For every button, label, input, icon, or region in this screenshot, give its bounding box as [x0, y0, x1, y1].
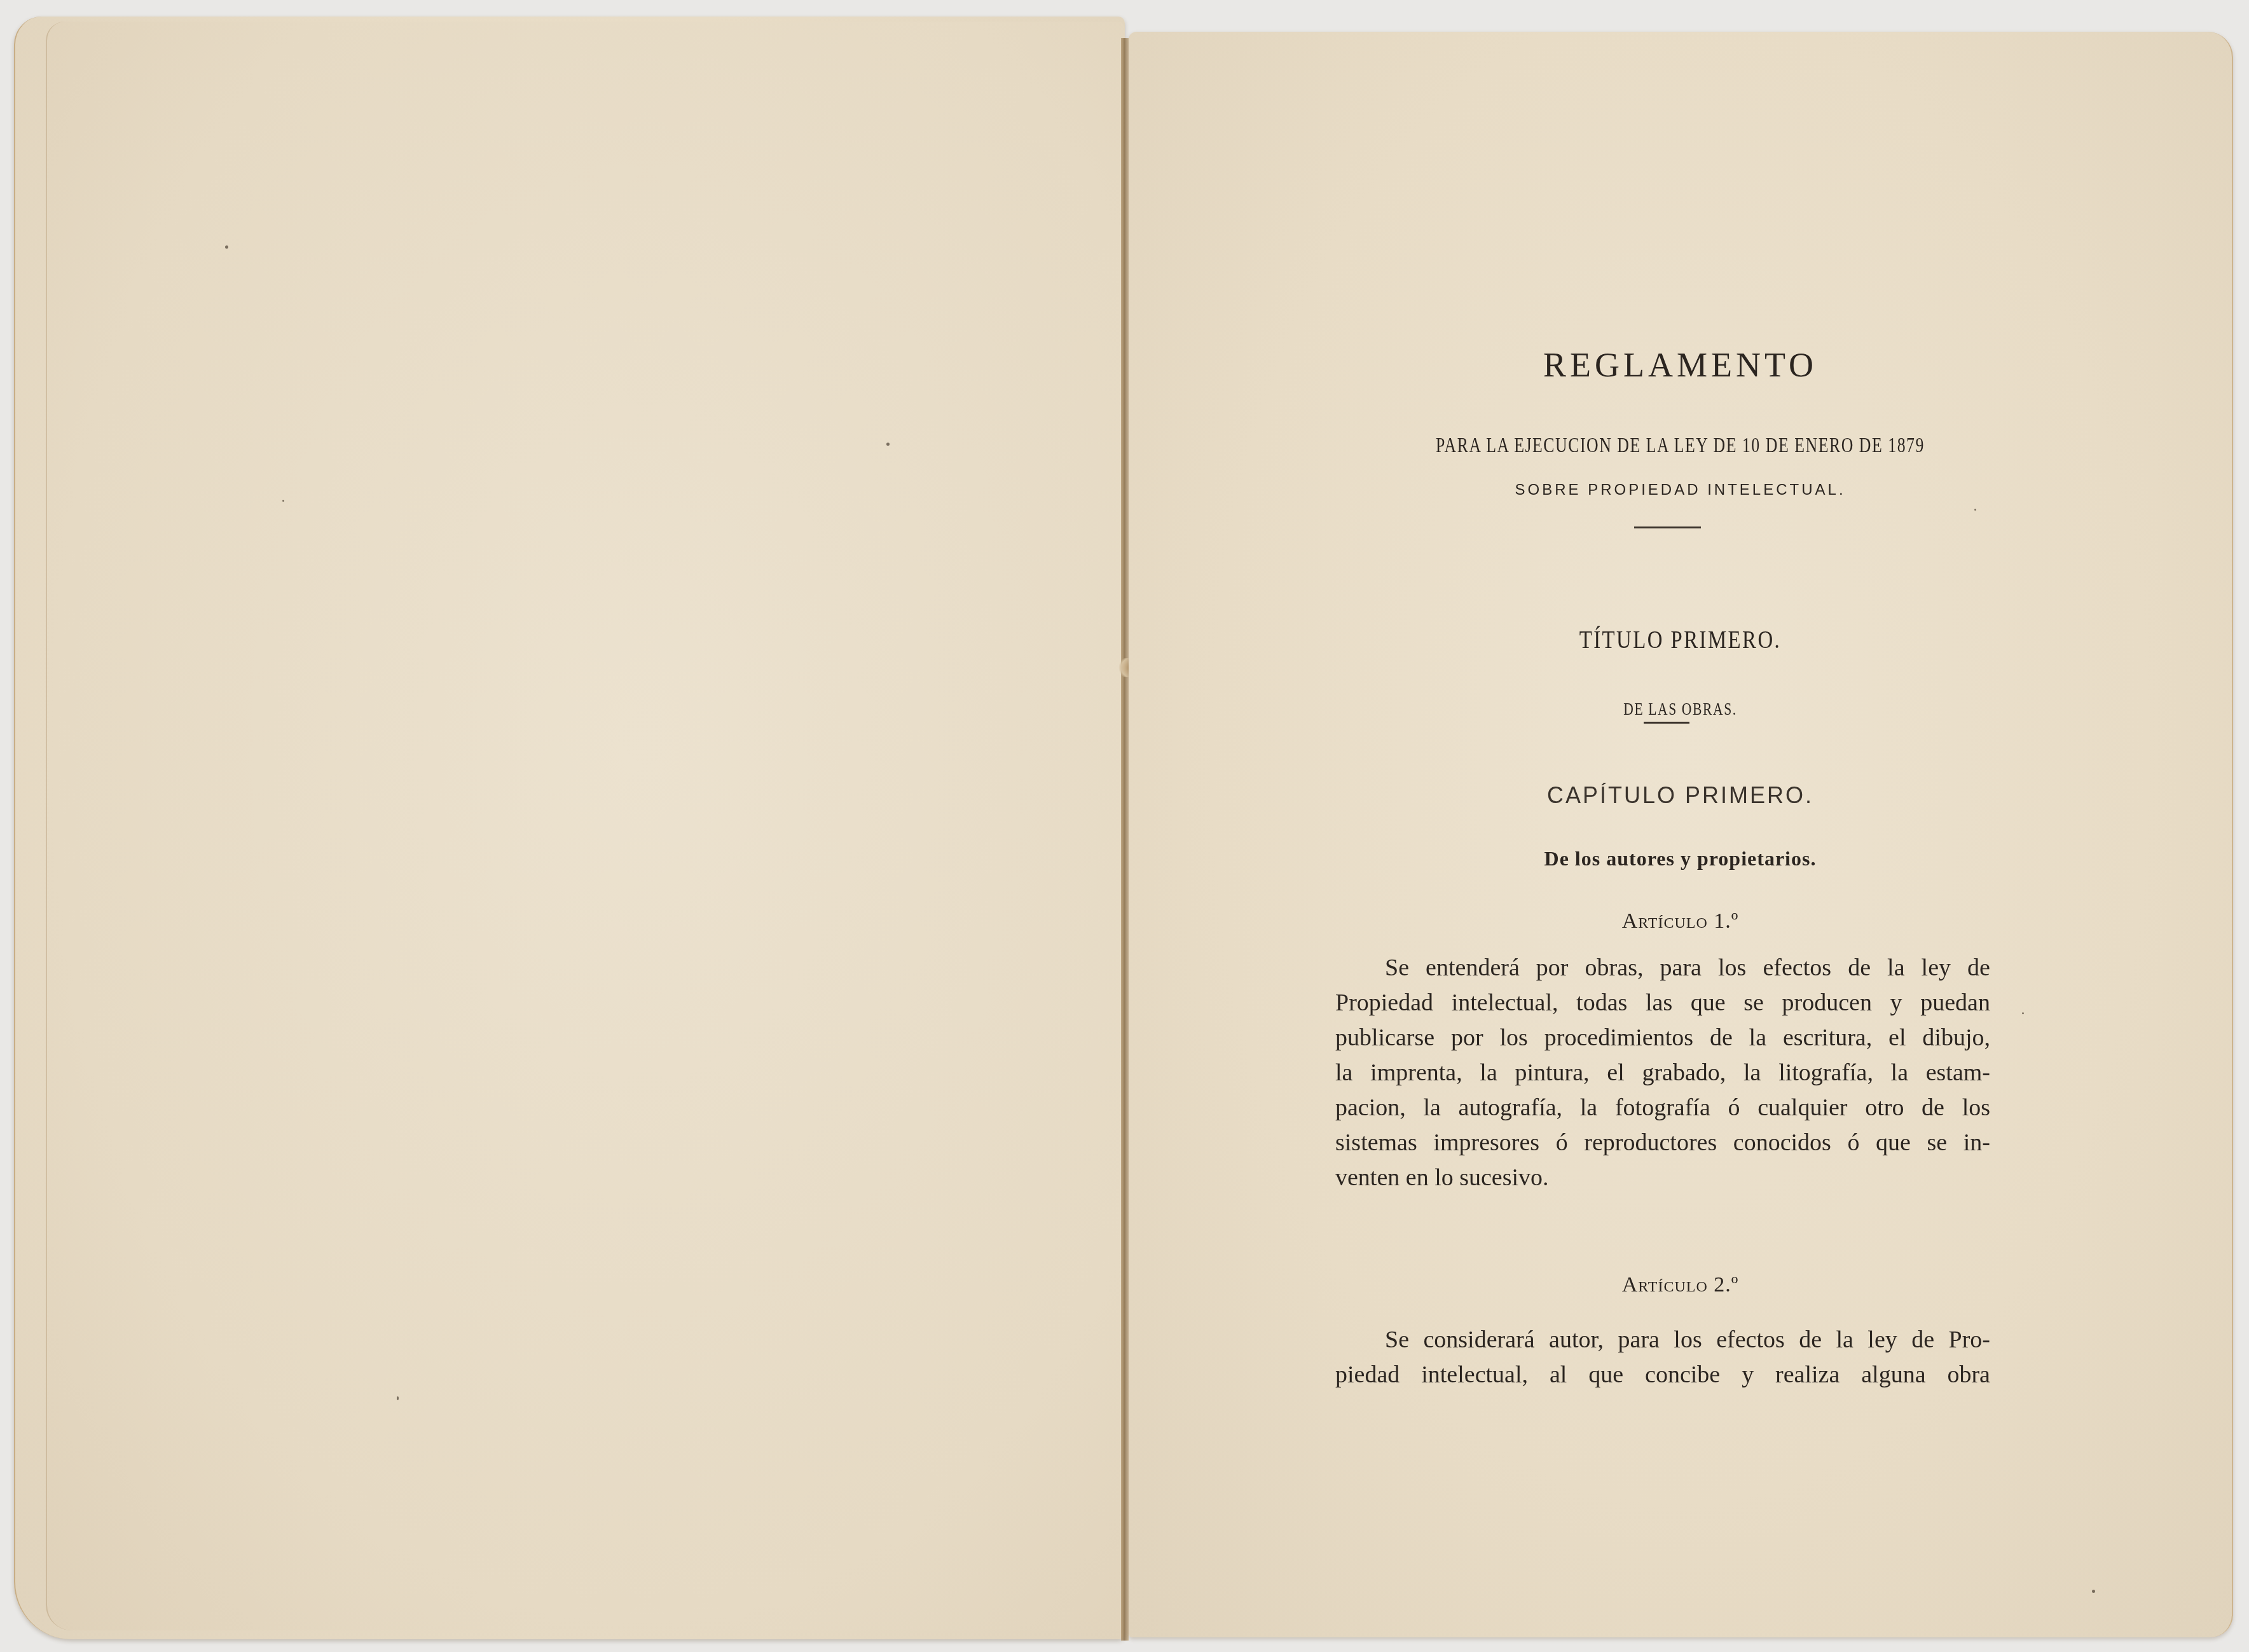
right-page-text: REGLAMENTO PARA LA EJECUCION DE LA LEY D… — [1129, 32, 2233, 1637]
titulo-subheading: DE LAS OBRAS. — [1239, 699, 2122, 719]
article-2-heading: Artículo 2.º — [1129, 1273, 2232, 1297]
book-spine — [1121, 38, 1129, 1641]
paragraph-line: venten en lo sucesivo. — [1335, 1160, 1990, 1195]
paper-speck — [2022, 1012, 2024, 1014]
paragraph-line: pacion, la autografía, la fotografía ó c… — [1335, 1091, 1990, 1125]
paragraph-line: sistemas impresores ó reproductores cono… — [1335, 1125, 1990, 1160]
article-1-heading: Artículo 1.º — [1129, 909, 2232, 933]
article-1-paragraph: Se entenderá por obras, para los efectos… — [1335, 951, 1990, 1195]
paper-speck — [282, 500, 284, 502]
paper-speck — [2092, 1590, 2095, 1593]
paragraph-line: Se considerará autor, para los efectos d… — [1335, 1323, 1990, 1358]
paragraph-line: la imprenta, la pintura, el grabado, la … — [1335, 1056, 1990, 1091]
capitulo-heading: CAPÍTULO PRIMERO. — [1129, 782, 2232, 809]
paper-speck — [1974, 509, 1976, 511]
paper-speck — [886, 443, 890, 446]
paragraph-line: publicarse por los procedimientos de la … — [1335, 1021, 1990, 1056]
paragraph-line: Propiedad intelectual, todas las que se … — [1335, 986, 1990, 1021]
left-page-blank — [14, 17, 1125, 1639]
document-subtitle-topic: SOBRE PROPIEDAD INTELECTUAL. — [1129, 481, 2232, 499]
separator-rule — [1634, 527, 1701, 528]
article-2-paragraph: Se considerará autor, para los efectos d… — [1335, 1323, 1990, 1393]
paragraph-line: Se entenderá por obras, para los efectos… — [1335, 951, 1990, 986]
left-page-inner-leaf — [46, 22, 1125, 1630]
paper-speck — [225, 245, 228, 249]
titulo-heading: TÍTULO PRIMERO. — [1228, 624, 2133, 654]
document-title: REGLAMENTO — [1129, 345, 2232, 385]
paragraph-line: piedad intelectual, al que concibe y rea… — [1335, 1358, 1990, 1393]
paper-speck — [397, 1396, 399, 1400]
separator-rule — [1644, 722, 1689, 724]
capitulo-subheading: De los autores y propietarios. — [1129, 847, 2232, 871]
document-subtitle-law: PARA LA EJECUCION DE LA LEY DE 10 DE ENE… — [1250, 434, 2110, 458]
